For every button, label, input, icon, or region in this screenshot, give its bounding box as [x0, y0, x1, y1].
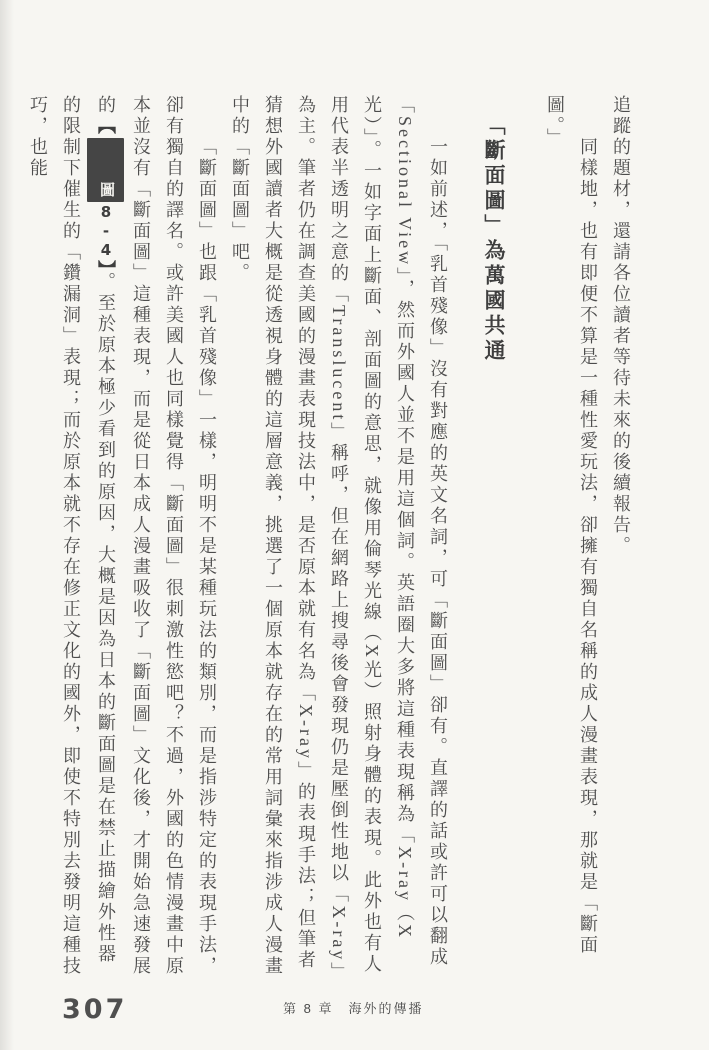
paragraph: 同樣地，也有即便不算是一種性愛玩法，卻擁有獨自名稱的成人漫畫表現，那就是「斷面圖… — [538, 95, 604, 981]
figref-bracket-open: 【 — [96, 116, 116, 137]
page-text-vertical: 追蹤的題材，還請各位讀者等待未來的後續報告。 同樣地，也有即便不算是一種性愛玩法… — [21, 95, 637, 981]
paragraph: 一如前述，「乳首殘像」沒有對應的英文名詞，可「斷面圖」卻有。直譯的話或許可以翻成… — [223, 95, 454, 981]
running-footer-chapter: 第 8 章 海外的傳播 — [283, 998, 423, 1017]
figref-bracket-close: 】 — [96, 260, 116, 272]
figref-number: 8-4 — [97, 203, 115, 260]
page-number: 307 — [62, 994, 127, 1025]
figure-reference: 【圖8-4】 — [96, 116, 116, 272]
paragraph: 「斷面圖」也跟「乳首殘像」一樣，明明不是某種玩法的類別，而是指涉特定的表現手法，… — [21, 95, 223, 981]
figref-label-box: 圖 — [87, 138, 124, 202]
paragraph-continuation: 追蹤的題材，還請各位讀者等待未來的後續報告。 — [604, 95, 637, 981]
book-page: 追蹤的題材，還請各位讀者等待未來的後續報告。 同樣地，也有即便不算是一種性愛玩法… — [0, 0, 709, 1050]
section-heading: 「斷面圖」為萬國共通 — [474, 95, 514, 981]
